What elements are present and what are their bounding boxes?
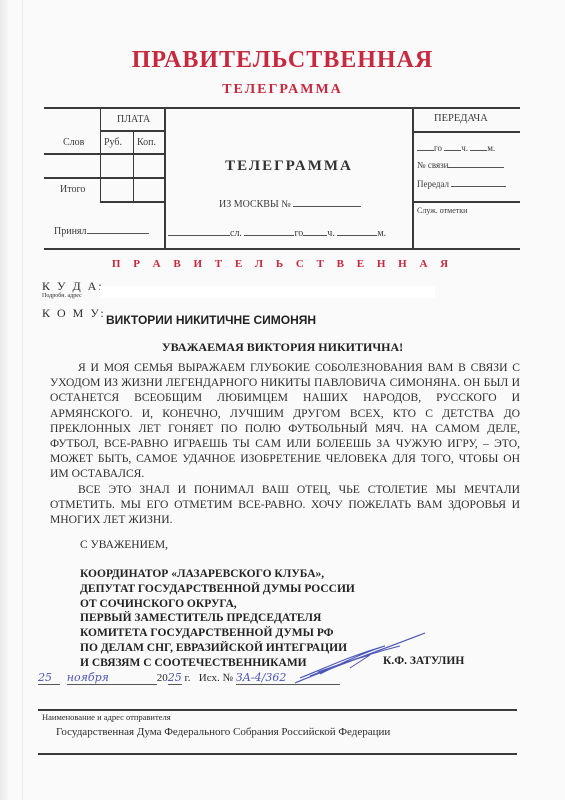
accepted-field: Принял — [54, 224, 149, 237]
scan-edge-line — [22, 0, 23, 800]
date-day: 25 — [38, 671, 52, 684]
payment-header: ПЛАТА — [117, 114, 150, 125]
signature-line: ДЕПУТАТ ГОСУДАРСТВЕННОЙ ДУМЫ РОССИИ — [80, 582, 355, 597]
from-moscow-field: ИЗ МОСКВЫ № — [219, 197, 361, 210]
sender-top-rule — [38, 709, 517, 711]
document-subtitle: ТЕЛЕГРАММА — [0, 82, 565, 98]
center-time-field: сл. гоч. м. — [168, 226, 386, 239]
scan-edge — [0, 0, 8, 800]
date-month: ноября — [67, 671, 109, 684]
telegram-title: ТЕЛЕГРАММА — [165, 158, 413, 175]
signature-line: ПЕРВЫЙ ЗАМЕСТИТЕЛЬ ПРЕДСЕДАТЕЛЯ — [80, 611, 355, 626]
outgoing-date-row: 25 ноября2025 г. Исх. № ЗА-4/362 — [38, 671, 340, 685]
transmission-header: ПЕРЕДАЧА — [434, 113, 488, 124]
words-label: Слов — [63, 137, 84, 148]
government-banner: П Р А В И Т Е Л Ь С Т В Е Н Н А Я — [0, 258, 565, 270]
signature-line: КООРДИНАТОР «ЛАЗАРЕВСКОГО КЛУБА», — [80, 567, 355, 582]
sender-label: Наименование и адрес отправителя — [42, 712, 171, 722]
detail-address-label: Подробн. адрес — [42, 293, 82, 299]
service-notes-label: Служ. отметки — [417, 206, 467, 215]
document-title: ПРАВИТЕЛЬСТВЕННАЯ — [0, 47, 565, 74]
greeting: УВАЖАЕМАЯ ВИКТОРИЯ НИКИТИЧНА! — [0, 340, 565, 355]
signatory-name: К.Ф. ЗАТУЛИН — [383, 655, 464, 667]
to-label: К О М У: — [42, 306, 106, 321]
signature-line: ОТ СОЧИНСКОГО ОКРУГА, — [80, 597, 355, 612]
from-moscow-label: ИЗ МОСКВЫ № — [219, 199, 291, 210]
kop-label: Коп. — [137, 137, 156, 148]
date-year: 25 — [168, 671, 182, 685]
letter-body: Я И МОЯ СЕМЬЯ ВЫРАЖАЕМ ГЛУБОКИЕ СОБОЛЕЗН… — [50, 360, 520, 527]
sender-name: Государственная Дума Федерального Собран… — [56, 726, 390, 738]
sent-by-field: Передал — [417, 177, 506, 189]
paragraph: ВСЕ ЭТО ЗНАЛ И ПОНИМАЛ ВАШ ОТЕЦ, ЧЬЕ СТО… — [50, 482, 520, 528]
accepted-label: Принял — [54, 226, 87, 237]
ref-label: Исх. № — [199, 672, 233, 684]
rub-label: Руб. — [104, 137, 122, 148]
paragraph: Я И МОЯ СЕМЬЯ ВЫРАЖАЕМ ГЛУБОКИЕ СОБОЛЕЗН… — [50, 360, 520, 482]
ref-number: ЗА-4/362 — [236, 671, 287, 684]
where-label: К У Д А: — [42, 279, 104, 294]
total-label: Итого — [60, 184, 85, 195]
transmission-time-field: го ч. м. — [417, 141, 495, 153]
sender-bottom-rule — [38, 753, 517, 755]
closing: С УВАЖЕНИЕМ, — [80, 539, 168, 551]
redacted-address — [100, 286, 435, 298]
recipient-name: ВИКТОРИИ НИКИТИЧНЕ СИМОНЯН — [106, 313, 316, 327]
link-number-field: № связи — [417, 158, 504, 170]
